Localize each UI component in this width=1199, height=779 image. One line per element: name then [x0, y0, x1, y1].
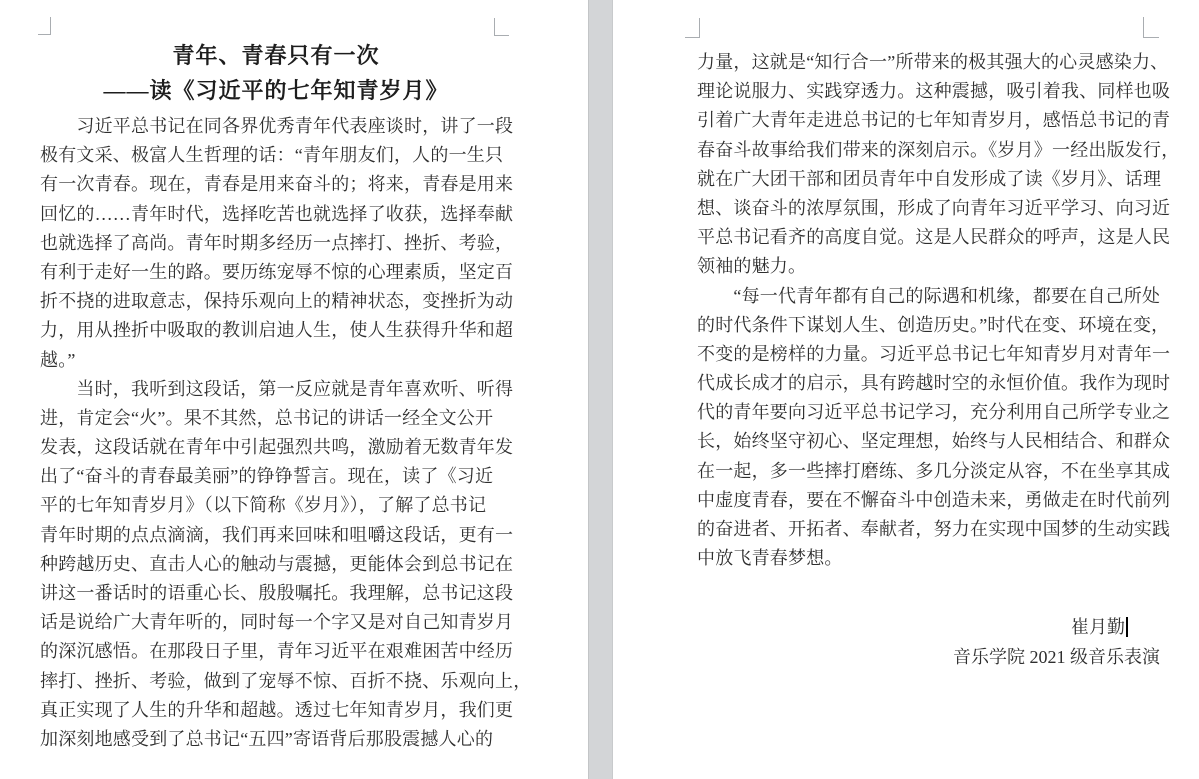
text-line: 有一次青春。现在，青春是用来奋斗的；将来，青春是用来	[40, 170, 512, 199]
text-line: 进，肯定会“火”。果不其然，总书记的讲话一经全文公开	[40, 404, 512, 433]
text-line: 也就选择了高尚。青年时期多经历一点摔打、挫折、考验，	[40, 229, 512, 258]
text-line: 真正实现了人生的升华和超越。透过七年知青岁月，我们更	[40, 696, 512, 725]
blank-line	[697, 573, 1160, 613]
text-line: 习近平总书记在同各界优秀青年代表座谈时，讲了一段	[40, 112, 512, 141]
text-line: 引着广大青年走进总书记的七年知青岁月，感悟总书记的青	[697, 106, 1160, 135]
text-line: 的时代条件下谋划人生、创造历史。”时代在变、环境在变，	[697, 311, 1160, 340]
text-cursor	[1126, 617, 1128, 637]
text-line: 长，始终坚守初心、坚定理想，始终与人民相结合、和群众	[697, 427, 1160, 456]
text-line: 讲这一番话时的语重心长、殷殷嘱托。我理解，总书记这段	[40, 579, 512, 608]
text-line: 力量，这就是“知行合一”所带来的极其强大的心灵感染力、	[697, 48, 1160, 77]
text-line: 回忆的……青年时代，选择吃苦也就选择了收获，选择奉献	[40, 200, 512, 229]
text-line: 理论说服力、实践穿透力。这种震撼，吸引着我、同样也吸	[697, 77, 1160, 106]
page1-body-text: 习近平总书记在同各界优秀青年代表座谈时，讲了一段极有文采、极富人生哲理的话：“青…	[40, 112, 512, 754]
crop-mark-page2-top-right	[1143, 17, 1159, 38]
text-line: 想、谈奋斗的浓厚氛围，形成了向青年习近平学习、向习近	[697, 194, 1160, 223]
text-line: 青年时期的点点滴滴，我们再来回味和咀嚼这段话，更有一	[40, 521, 512, 550]
signature-name-line: 崔月勤	[697, 613, 1160, 642]
page2-text-column[interactable]: 力量，这就是“知行合一”所带来的极其强大的心灵感染力、理论说服力、实践穿透力。这…	[697, 44, 1160, 672]
text-line: 就在广大团干部和团员青年中自发形成了读《岁月》、话理	[697, 165, 1160, 194]
text-line: 中放飞青春梦想。	[697, 544, 1160, 573]
page1-text-column[interactable]: 青年、青春只有一次 ——读《习近平的七年知青岁月》 习近平总书记在同各界优秀青年…	[40, 38, 512, 754]
text-line: 折不挠的进取意志，保持乐观向上的精神状态，变挫折为动	[40, 287, 512, 316]
text-line: 极有文采、极富人生哲理的话：“青年朋友们，人的一生只	[40, 141, 512, 170]
page2-body-text: 力量，这就是“知行合一”所带来的极其强大的心灵感染力、理论说服力、实践穿透力。这…	[697, 48, 1160, 573]
document-subtitle: ——读《习近平的七年知青岁月》	[40, 73, 512, 108]
crop-mark-page1-top-right	[494, 18, 509, 36]
text-line: 话是说给广大青年听的，同时每一个字又是对自己知青岁月	[40, 608, 512, 637]
text-line: 中虚度青春，要在不懈奋斗中创造未来，勇做走在时代前列	[697, 486, 1160, 515]
text-line: 发表，这段话就在青年中引起强烈共鸣，激励着无数青年发	[40, 433, 512, 462]
text-line: 领袖的魅力。	[697, 252, 1160, 281]
document-title: 青年、青春只有一次	[40, 38, 512, 73]
text-line: 的深沉感悟。在那段日子里，青年习近平在艰难困苦中经历	[40, 637, 512, 666]
text-line: 当时，我听到这段话，第一反应就是青年喜欢听、听得	[40, 375, 512, 404]
text-line: 摔打、挫折、考验，做到了宠辱不惊、百折不挠、乐观向上，	[40, 667, 512, 696]
text-line: 有利于走好一生的路。要历练宠辱不惊的心理素质，坚定百	[40, 258, 512, 287]
text-line: 力，用从挫折中吸取的教训启迪人生，使人生获得升华和超	[40, 316, 512, 345]
text-line: 出了“奋斗的青春最美丽”的铮铮誓言。现在，读了《习近	[40, 462, 512, 491]
crop-mark-page2-top-left	[685, 18, 700, 38]
text-line: 加深刻地感受到了总书记“五四”寄语背后那股震撼人心的	[40, 725, 512, 754]
text-line: 平总书记看齐的高度自觉。这是人民群众的呼声，这是人民	[697, 223, 1160, 252]
text-line: 种跨越历史、直击人心的触动与震撼，更能体会到总书记在	[40, 550, 512, 579]
text-line: 代成长成才的启示，具有跨越时空的永恒价值。我作为现时	[697, 369, 1160, 398]
text-line: “每一代青年都有自己的际遇和机缘，都要在自己所处	[697, 282, 1160, 311]
text-line: 越。”	[40, 346, 512, 375]
text-line: 在一起，多一些摔打磨练、多几分淡定从容，不在坐享其成	[697, 457, 1160, 486]
signature-name: 崔月勤	[1071, 617, 1125, 637]
text-line: 的奋进者、开拓者、奉献者，努力在实现中国梦的生动实践	[697, 515, 1160, 544]
text-line: 平的七年知青岁月》（以下简称《岁月》），了解了总书记	[40, 491, 512, 520]
text-line: 春奋斗故事给我们带来的深刻启示。《岁月》一经出版发行，	[697, 136, 1160, 165]
document-canvas: 青年、青春只有一次 ——读《习近平的七年知青岁月》 习近平总书记在同各界优秀青年…	[0, 0, 1199, 779]
text-line: 不变的是榜样的力量。习近平总书记七年知青岁月对青年一	[697, 340, 1160, 369]
text-line: 代的青年要向习近平总书记学习，充分利用自己所学专业之	[697, 398, 1160, 427]
page-gutter	[588, 0, 613, 779]
crop-mark-page1-top-left	[38, 17, 51, 35]
signature-affiliation: 音乐学院 2021 级音乐表演	[697, 643, 1160, 672]
